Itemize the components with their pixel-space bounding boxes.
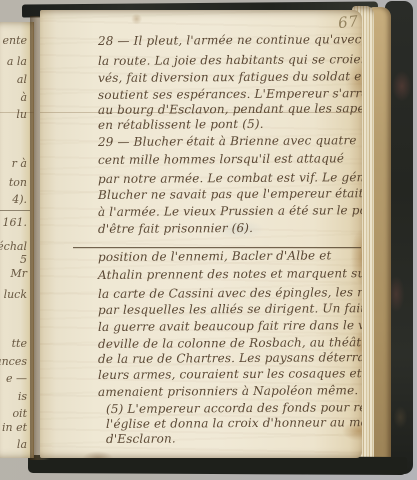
manuscript-line: Athalin prennent des notes et marquent s… (98, 266, 362, 283)
manuscript-page: 67 28 — Il pleut, l'armée ne continue qu… (40, 10, 362, 458)
manuscript-scan: ente a la al à lu r à ton 4). 161. échal… (0, 0, 417, 480)
facing-page-fragment: e — (6, 372, 27, 385)
facing-page-fragment: échal (0, 240, 27, 253)
folio-number: 67 (337, 12, 360, 32)
facing-page-fragment: 5 (20, 253, 27, 266)
facing-page-rule (0, 210, 30, 211)
manuscript-line: d'être fait prisonnier (6). (98, 221, 253, 237)
manuscript-line: la guerre avait beaucoup fait rire dans … (98, 318, 362, 335)
facing-page-fragment: lances (0, 355, 27, 368)
manuscript-line: vés, fait diversion aux fatigues du sold… (98, 69, 362, 86)
facing-page-fragment: tte (12, 337, 27, 350)
facing-page-fragment: à (20, 91, 27, 104)
manuscript-line: de la rue de Chartres. Les paysans déter… (98, 350, 362, 367)
manuscript-line: leurs armes, couraient sur les cosaques … (98, 366, 362, 383)
facing-page-fragment: luck (4, 288, 27, 301)
manuscript-line: amenaient prisonniers à Napoléon même. (98, 383, 358, 400)
manuscript-line: 29 — Blucher était à Brienne avec quatre (98, 133, 357, 150)
book-cover-bottom-edge (28, 455, 407, 475)
manuscript-line: 28 — Il pleut, l'armée ne continue qu'av… (98, 32, 362, 49)
facing-page-fragment: a la (7, 55, 27, 68)
facing-page-fragment: r à (12, 157, 27, 170)
footnote-line: l'église et donna la croix d'honneur au … (106, 415, 362, 432)
facing-page-fragment: is (18, 390, 27, 403)
facing-page-sliver: ente a la al à lu r à ton 4). 161. échal… (0, 22, 34, 458)
manuscript-line: la carte de Cassini avec des épingles, l… (98, 285, 362, 302)
manuscript-line: par lesquelles les alliés se dirigent. U… (98, 301, 362, 318)
manuscript-line: cent mille hommes lorsqu'il est attaqué (98, 151, 344, 168)
manuscript-line: par notre armée. Le combat est vif. Le g… (98, 170, 362, 187)
footnote-line: d'Esclaron. (106, 432, 176, 447)
facing-page-fragment: lu (16, 108, 27, 121)
manuscript-line: à l'armée. Le vieux Prussien a été sur l… (98, 203, 362, 220)
facing-page-fragment: la (17, 438, 27, 451)
facing-page-fragment: Mr (10, 267, 27, 280)
manuscript-line: en rétablissent le pont (5). (98, 117, 264, 133)
manuscript-line: au bourg d'Esclavon, pendant que les sap… (98, 101, 362, 118)
facing-page-fragment: ente (2, 34, 27, 47)
manuscript-line: la route. La joie des habitants qui se c… (98, 52, 362, 69)
facing-page-fragment: al (17, 73, 27, 86)
manuscript-line: position de l'ennemi, Bacler d'Albe et (98, 248, 332, 265)
facing-page-fragment: in et (2, 421, 27, 434)
facing-page-fragment: 161. (3, 216, 28, 229)
footnote-line: (5) L'empereur accorda des fonds pour ré… (106, 400, 362, 417)
facing-page-fragment: ton (9, 176, 27, 189)
facing-page-fragment: oit (12, 407, 27, 420)
facing-page-fragment: 4). (12, 193, 27, 206)
manuscript-line: Blucher ne savait pas que l'empereur éta… (98, 186, 362, 203)
